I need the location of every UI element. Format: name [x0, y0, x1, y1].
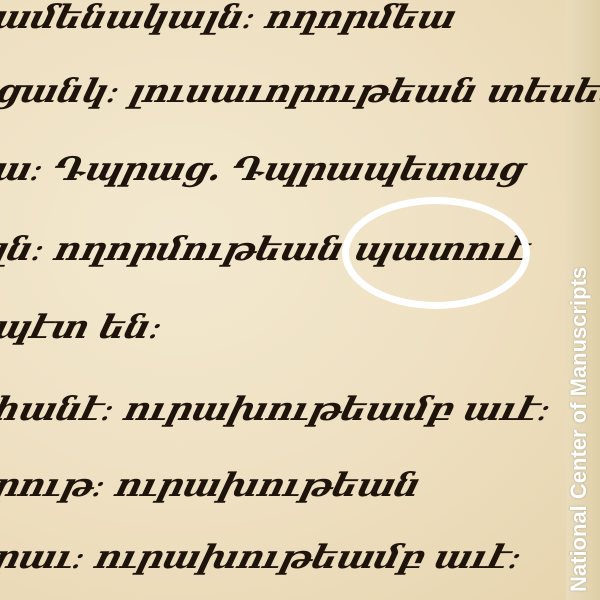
- watermark: National Center of Manuscripts: [566, 267, 592, 592]
- manuscript-line: պէտ են։: [0, 308, 166, 346]
- manuscript-photo: ամենակալն։ ողորմեա ցանկ։ լուսաւորութեան …: [0, 0, 600, 600]
- highlight-circle: [342, 197, 530, 309]
- manuscript-line: ամենակալն։ ողորմեա: [0, 0, 460, 36]
- manuscript-line: րաւ։ ուրախութեամբ աւէ։: [0, 538, 525, 576]
- manuscript-line: ցանկ։ լուսաւորութեան տեսեն: [0, 72, 600, 110]
- manuscript-line: րութ։ ուրախութեան: [0, 466, 424, 504]
- manuscript-line: ա։ Դպրաց․ Դպրապետաց: [0, 150, 528, 188]
- manuscript-line: հանէ։ ուրախութեամբ աւէ։: [0, 390, 554, 428]
